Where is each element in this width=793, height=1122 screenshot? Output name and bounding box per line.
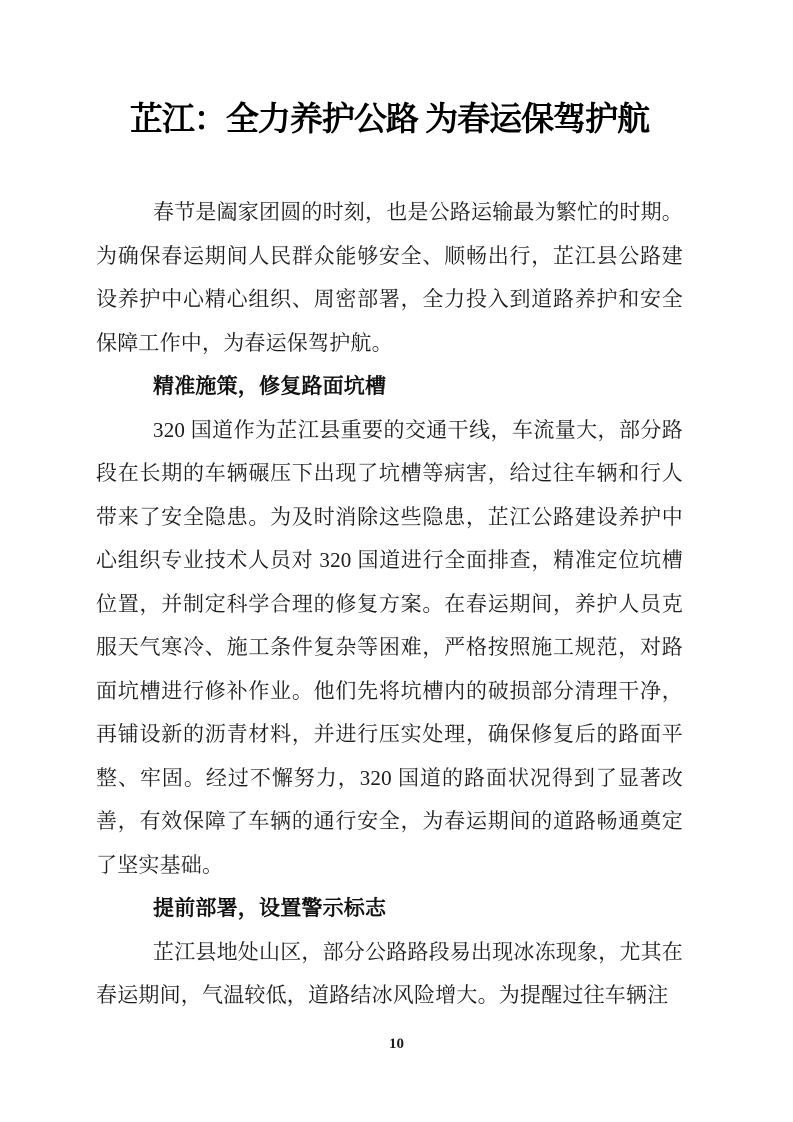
section-heading-repair: 精准施策，修复路面坑槽 [96,365,683,409]
paragraph-warning-signs: 芷江县地处山区，部分公路路段易出现冰冻现象，尤其在春运期间，气温较低，道路结冰风… [96,931,683,1018]
section-heading-warning-signs: 提前部署，设置警示标志 [96,887,683,931]
document-title: 芷江：全力养护公路 为春运保驾护航 [96,98,683,142]
paragraph-repair-details: 320 国道作为芷江县重要的交通干线，车流量大，部分路段在长期的车辆碾压下出现了… [96,409,683,888]
paragraph-intro: 春节是阖家团圆的时刻，也是公路运输最为繁忙的时期。为确保春运期间人民群众能够安全… [96,191,683,365]
document-page: 芷江：全力养护公路 为春运保驾护航 春节是阖家团圆的时刻，也是公路运输最为繁忙的… [0,0,793,1122]
document-body: 春节是阖家团圆的时刻，也是公路运输最为繁忙的时期。为确保春运期间人民群众能够安全… [96,191,683,1018]
page-number: 10 [0,1036,793,1053]
